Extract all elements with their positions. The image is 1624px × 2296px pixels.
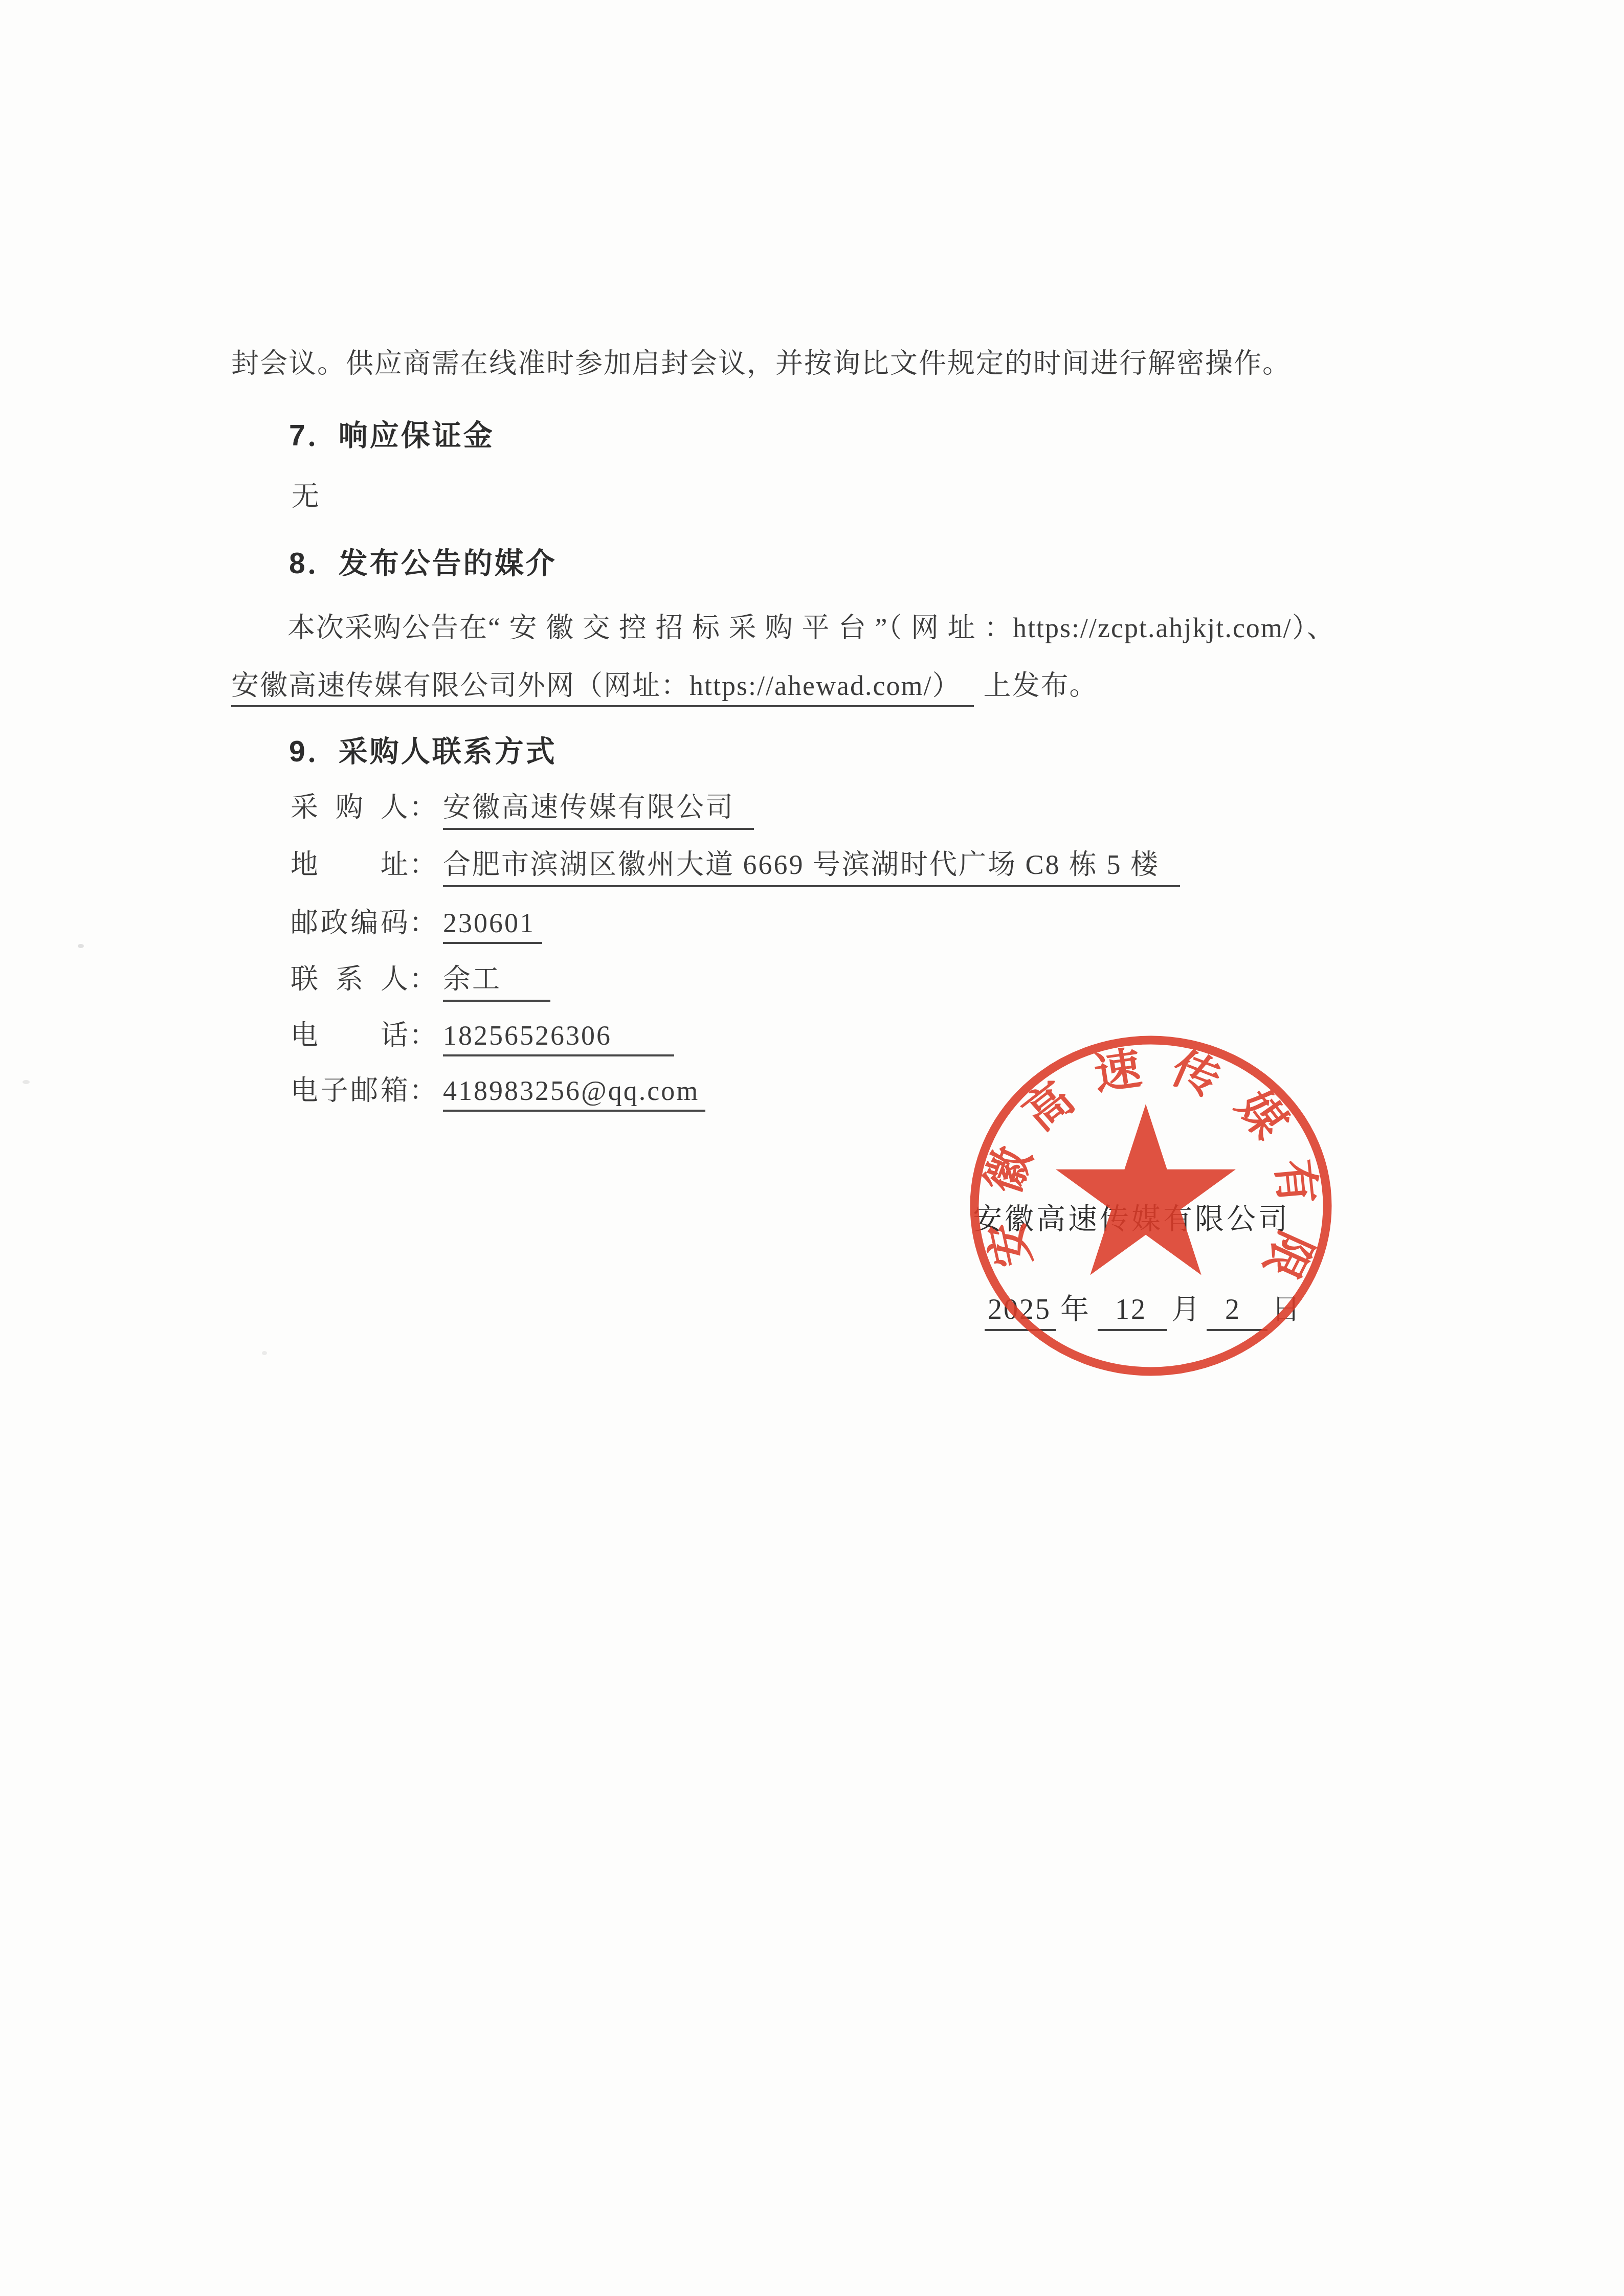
- section-7-body: 无: [292, 475, 320, 514]
- colon: ：: [409, 1069, 438, 1108]
- section-8-line2-rest: 上发布。: [983, 670, 1098, 701]
- contact-label: 电话: [291, 1014, 409, 1053]
- contact-value: 418983256@qq.com: [443, 1075, 705, 1112]
- contact-label: 联系人: [291, 957, 409, 997]
- colon: ：: [409, 1014, 438, 1053]
- contact-row-email: 电子邮箱：418983256@qq.com: [291, 1069, 705, 1112]
- document-page: 封会议。供应商需在线准时参加启封会议，并按询比文件规定的时间进行解密操作。 7．…: [0, 0, 1624, 2296]
- section-8-line2-underlined: 安徽高速传媒有限公司外网（网址：https://ahewad.com/）: [231, 670, 974, 707]
- section-8-heading: 8．发布公告的媒介: [289, 540, 557, 582]
- contact-value: 合肥市滨湖区徽州大道 6669 号滨湖时代广场 C8 栋 5 楼: [443, 843, 1180, 887]
- scan-speck: [78, 944, 84, 948]
- intro-paragraph: 封会议。供应商需在线准时参加启封会议，并按询比文件规定的时间进行解密操作。: [231, 342, 1291, 381]
- section-7-heading: 7．响应保证金: [289, 412, 495, 454]
- contact-value: 安徽高速传媒有限公司: [443, 785, 754, 830]
- colon: ：: [409, 785, 438, 825]
- section-8-line2: 安徽高速传媒有限公司外网（网址：https://ahewad.com/）上发布。: [231, 664, 1098, 703]
- colon: ：: [409, 957, 438, 997]
- contact-row-address: 地址：合肥市滨湖区徽州大道 6669 号滨湖时代广场 C8 栋 5 楼: [291, 843, 1180, 887]
- scan-speck: [262, 1351, 267, 1355]
- contact-value: 230601: [443, 907, 542, 944]
- contact-row-phone: 电话：18256526306: [291, 1014, 674, 1056]
- company-seal: 安徽高速传媒有限公司: [966, 1031, 1336, 1381]
- contact-label: 地址: [291, 843, 409, 882]
- colon: ：: [409, 843, 438, 882]
- contact-row-purchaser: 采购人：安徽高速传媒有限公司: [291, 785, 754, 830]
- colon: ：: [409, 901, 438, 940]
- contact-row-postcode: 邮政编码：230601: [291, 901, 542, 944]
- contact-value: 余工: [443, 957, 550, 1002]
- contact-label: 采购人: [291, 785, 409, 825]
- contact-label: 邮政编码: [291, 901, 409, 940]
- contact-label: 电子邮箱: [291, 1069, 409, 1108]
- section-9-heading: 9．采购人联系方式: [289, 728, 557, 770]
- scan-speck: [23, 1080, 30, 1084]
- contact-value: 18256526306: [443, 1020, 674, 1056]
- section-8-line1: 本次采购公告在“ 安 徽 交 控 招 标 采 购 平 台 ”（ 网 址 ：htt…: [287, 606, 1336, 645]
- seal-star-icon: [1056, 1104, 1236, 1275]
- contact-row-contact-person: 联系人：余工: [291, 957, 550, 1002]
